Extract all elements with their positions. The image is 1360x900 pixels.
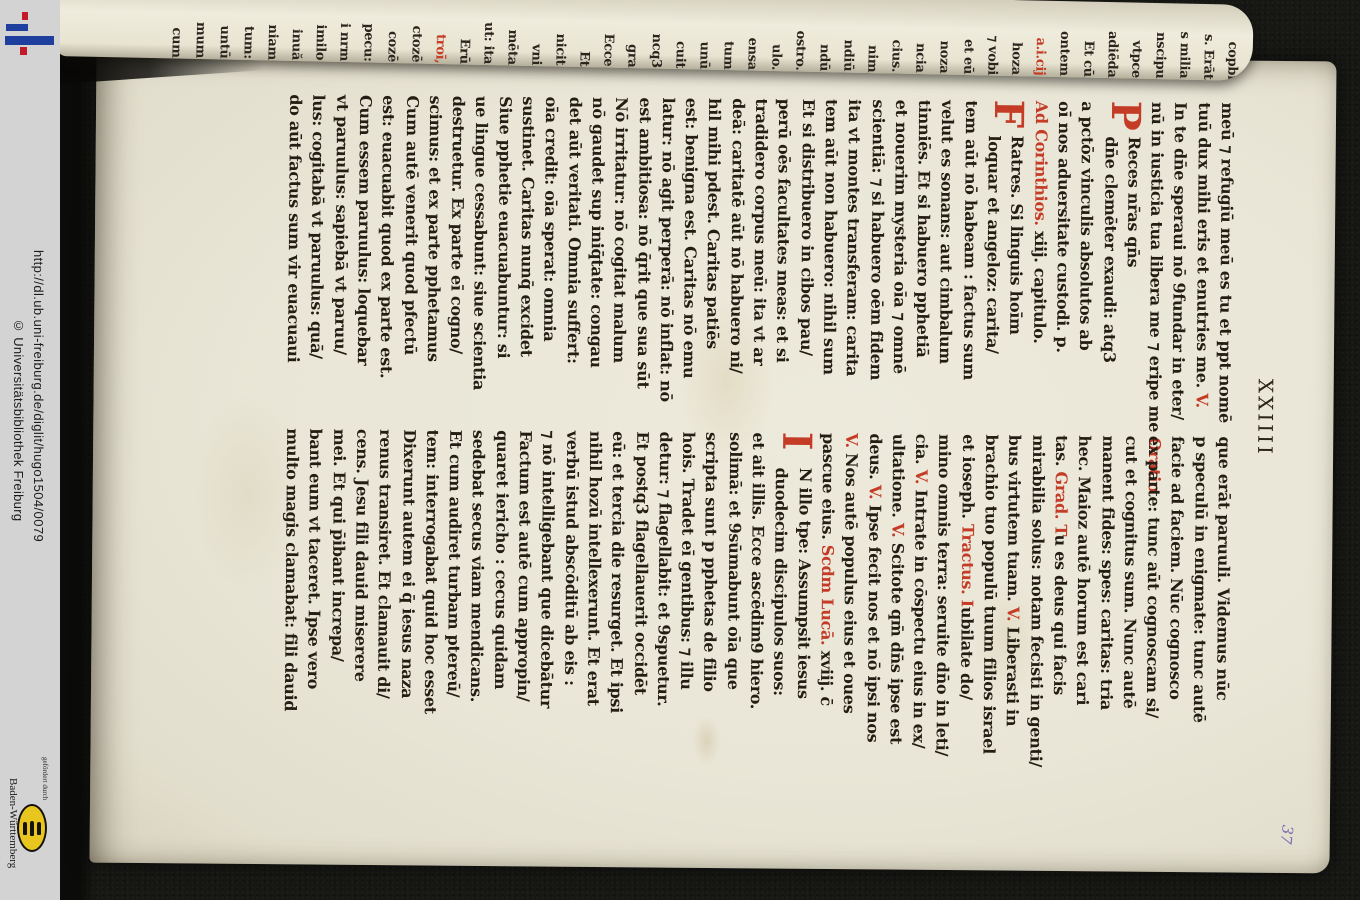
text-line: hois. Tradet eī gentibus: ⁊ illu: [675, 432, 701, 728]
facing-page-text-fragment: ensa: [744, 37, 760, 70]
text-line: a pctōz vinculis absolutos ab: [1073, 101, 1099, 423]
text-line: est: benigna est. Caritas nō emu: [677, 98, 703, 420]
facing-page-text-fragment: s. Erāt: [1200, 33, 1216, 79]
text-line: In te dn̄e speraui nō 9fundar in eter/: [1166, 102, 1192, 424]
text-line: mei. Et qui p̄ibant increpa/: [325, 429, 351, 725]
facing-page-text-fragment: mēta: [504, 29, 520, 65]
facing-page-text-fragment: imilo: [312, 25, 328, 61]
text-line: tinniēs. Et si habuero pphetiā: [910, 100, 936, 422]
library-sidebar: http://dl.ub.uni-freiburg.de/diglit/hugo…: [0, 0, 60, 900]
text-line: ex parte: tunc aūt cognoscam si/: [1140, 436, 1166, 732]
facing-page-text-fragment: a.i.cij: [1032, 38, 1048, 76]
text-line: cut et cognitus sum. Nunc autē: [1117, 436, 1143, 732]
text-line: vt paruulus: sapiebā vt paruu/: [328, 95, 354, 417]
text-line: scientiā: ⁊ si habuero oēm fidem: [864, 99, 890, 421]
facing-page-text-fragment: et eū: [960, 39, 976, 74]
text-line: scimus: et ex parte pphetamus: [421, 95, 447, 417]
facing-page-text-fragment: cius.: [888, 40, 904, 73]
text-line: multo magis clamabat: fili dauid: [279, 428, 305, 724]
text-line: tem aūt nō habeam : factus sum: [957, 100, 983, 422]
facing-page-text-fragment: ut: ita: [480, 22, 496, 64]
text-line: Factum est autē cum appropin/: [511, 430, 537, 726]
text-line: hil mihi pdest. Caritas patiēs: [701, 98, 727, 420]
facing-page-text-fragment: troī,: [432, 33, 448, 63]
facing-page-text-fragment: inuă: [288, 29, 304, 60]
text-line: Et cum audiret turbam ptereū/: [442, 430, 468, 726]
facing-page-text-fragment: cozē: [384, 31, 400, 62]
text-line: p speculū in enigmate: tunc autē: [1187, 436, 1213, 732]
text-line: oī nos aduersitate custodi. p.: [1050, 101, 1076, 423]
text-line: renus transiret. Et clamauit di/: [372, 429, 398, 725]
logo-blue-bar-icon: [6, 24, 28, 31]
logo-red-square-icon: [22, 12, 28, 20]
text-line: Siue pphetie euacuabuntur: si: [491, 96, 517, 418]
facing-page-text-fragment: ndū: [816, 44, 832, 71]
facing-page-text-fragment: unū: [696, 41, 712, 69]
manuscript-page: XXIIII 37 meū ⁊ refugiū meū es tu et ppt…: [89, 51, 1336, 874]
facing-page-text-fragment: adiēda: [1104, 31, 1120, 78]
funding-region-label: Baden-Württemberg: [7, 778, 19, 868]
facing-page-text-fragment: noza: [936, 41, 952, 74]
text-column-right: que erāt paruuli. Videmus nūcp speculū i…: [279, 428, 1237, 732]
text-line: sedebat secus viam mendicans.: [465, 430, 491, 726]
facing-page-text-fragment: mum: [192, 22, 208, 58]
text-line: manent fides: spes: caritas: tria: [1094, 435, 1120, 731]
text-line: cia. V. Intrate in cōspectu eius in ex/: [908, 434, 934, 730]
text-line: nihil hozū intellexerunt. Et erat: [581, 431, 607, 727]
text-line: brachio tuo populū tuum filios israel: [977, 434, 1003, 730]
text-line: scripta sunt p pphetas de filio: [698, 432, 724, 728]
text-line: facie ad faciem. Nūc cognosco: [1164, 436, 1190, 732]
text-line: verbū istud abscōditū ab eis :: [558, 431, 584, 727]
funding-label: gefördert durch: [41, 757, 49, 800]
text-line: tuū dux mihi eris et enutries me. V.: [1190, 102, 1216, 424]
text-line: perū oēs facultates meas: et si: [770, 99, 796, 421]
text-line: FRatres. Si linguis hoīm: [1003, 101, 1029, 423]
facing-page-text-fragment: untū: [216, 25, 232, 58]
facing-page-text-fragment: tum:: [240, 26, 256, 59]
text-line: nō gaudet sup iniq̄tate: congau: [584, 97, 610, 419]
text-line: Cum autē venerit quod pfectū: [398, 95, 424, 417]
text-line: pascue eius. Scdm Lucā. xviij. c̄: [814, 433, 840, 729]
source-url-text: http://dl.ub.uni-freiburg.de/diglit/hugo…: [31, 250, 46, 542]
text-line: Nō irritatur: nō cogitat malum: [607, 97, 633, 419]
text-line: tas. Grad. Tu es deus qui facis: [1047, 435, 1073, 731]
text-line: solimā: et 9sūmabunt oīa que: [721, 432, 747, 728]
text-line: velut es sonans: aut cimbalum: [933, 100, 959, 422]
folio-number: XXIIII: [1253, 379, 1278, 457]
text-line: lus: cogitabā vt paruulus: quā/: [305, 94, 331, 416]
text-line: et nouerim mysteria oīa ⁊ omnē: [887, 100, 913, 422]
text-line: eū: et tercia die resurget. Et ipsi: [605, 431, 631, 727]
text-line: nū in iusticia tua libera me ⁊ eripe me …: [1143, 102, 1169, 424]
facing-page-text-fragment: pecu:: [360, 23, 376, 61]
text-line: meū ⁊ refugiū meū es tu et ppt nomē: [1213, 102, 1239, 424]
text-line: que erāt paruuli. Videmus nūc: [1210, 436, 1236, 732]
text-block: meū ⁊ refugiū meū es tu et ppt nomētuū d…: [279, 94, 1240, 732]
text-line: latur: nō agit perperā: nō inflat: nō: [654, 97, 680, 419]
text-line: tradidero corpus meū: ita vt ar: [747, 98, 773, 420]
text-line: detur: ⁊ flagellabit: et 9spuetur.: [651, 431, 677, 727]
text-line: quaret iericho : cecus quidam: [488, 430, 514, 726]
text-line: ultatione. V. Scitote qm̄ dn̄s ipse est: [884, 434, 910, 730]
facing-page-text-fragment: nicit: [552, 34, 568, 66]
text-line: oīa credit: oīa sperat: omnia: [537, 96, 563, 418]
text-line: mino omnis terra: seruite dn̄o in leti/: [931, 434, 957, 730]
facing-page-text-fragment: ndiū: [840, 40, 856, 72]
text-line: Et si distribuero in cibos pau/: [794, 99, 820, 421]
copyright-text: © Universitätsbibliothek Freiburg: [11, 318, 26, 521]
facing-page-text-fragment: nscipu: [1152, 32, 1168, 79]
facing-page-text-fragment: tum: [720, 41, 736, 70]
facing-page-text-fragment: hoza: [1008, 42, 1024, 75]
text-line: IN illo tpe: Assumpsit iesus: [791, 433, 817, 729]
facing-page-text-fragment: nim: [864, 45, 880, 73]
facing-page-text-fragment: ulo.: [768, 44, 784, 70]
baden-wuerttemberg-coat-of-arms-icon: [17, 804, 47, 852]
logo-blue-bar-icon: [5, 36, 54, 45]
ub-freiburg-logo: [0, 0, 60, 62]
facing-page-text-fragment: ctozē: [408, 26, 424, 63]
text-line: bus virtutem tuam. V. Liberasti in: [1001, 435, 1027, 731]
facing-page-text-fragment: ncia: [912, 43, 928, 73]
facing-page-text-fragment: copbi: [1224, 41, 1240, 80]
facing-page-text-fragment: Et: [576, 51, 591, 67]
text-line: deā: caritatē aūt nō habuero ni/: [724, 98, 750, 420]
text-line: mirabilia solus: notam fecisti in genti/: [1024, 435, 1050, 731]
facing-page-text-fragment: cum: [168, 27, 184, 58]
facing-page-text-fragment: ontem: [1056, 31, 1072, 76]
text-line: Et postq3 flagellauerit occidēt: [628, 431, 654, 727]
text-line: loquar et angeloz: carita/: [980, 100, 1006, 422]
text-line: est ambitiosa: nō q̄rit que sua sūt: [631, 97, 657, 419]
text-line: Dixerunt autem ei q̄ iesus naza: [395, 429, 421, 725]
text-line: PReces nr̄as qn̄s: [1120, 102, 1146, 424]
text-line: ue lingue cessabunt: siue scientia: [468, 96, 494, 418]
facing-page-text-fragment: ncq3: [648, 33, 664, 68]
facing-page-text-fragment: Erū: [456, 38, 472, 64]
page-paper: XXIIII 37 meū ⁊ refugiū meū es tu et ppt…: [89, 51, 1336, 874]
logo-red-square-icon: [20, 47, 27, 55]
facing-page-text-fragment: s milia: [1176, 32, 1192, 79]
text-line: hec. Maioz autē horum est cari: [1071, 435, 1097, 731]
text-line: tem aūt non habuero: nihil sum: [817, 99, 843, 421]
text-line: et ioseph. Tractus. Iubilate do/: [954, 434, 980, 730]
facing-page-text-fragment: vtpce: [1128, 40, 1144, 78]
text-line: sustinet. Caritas nunq̄ excidet: [514, 96, 540, 418]
text-line: Ad Corinthios. xiij. capitulo.: [1027, 101, 1053, 423]
facing-page-text-fragment: cuit: [672, 41, 688, 68]
text-column-left: meū ⁊ refugiū meū es tu et ppt nomētuū d…: [281, 94, 1239, 424]
facing-page-text-fragment: Et cū: [1080, 40, 1096, 77]
text-line: et ait illis. Ecce ascēdim9 hiero.: [744, 432, 770, 728]
facing-page-text-fragment: vni: [528, 44, 543, 65]
text-line: V. Nos autē populus eius et oues: [838, 433, 864, 729]
text-line: cens. Jesu fili dauid miserere: [348, 429, 374, 725]
facing-page-text-fragment: gra: [624, 43, 639, 67]
text-line: ita vt montes transferam: carita: [840, 99, 866, 421]
facing-page-text-fragment: Ecce: [600, 34, 616, 67]
text-line: do aūt factus sum vir euacuaui: [281, 94, 307, 416]
facing-page-text-fragment: ostro.: [792, 30, 808, 70]
text-line: bant eum vt taceret. Ipse vero: [302, 428, 328, 724]
handwritten-foliation: 37: [1277, 824, 1297, 845]
facing-page-text-fragment: niam: [264, 24, 280, 60]
text-line: deus. V. Ipse fecit nos et nō ipsi nos: [861, 433, 887, 729]
text-line: tem: interrogabat quid hoc esset: [418, 429, 444, 725]
text-line: est: euacuabit quod ex parte est.: [374, 95, 400, 417]
text-line: ⁊ nō intelligebant que dicebātur: [535, 430, 561, 726]
text-line: destruetur. Ex parte eī cogno/: [444, 96, 470, 418]
text-line: Cum essem paruulus: loquebar: [351, 95, 377, 417]
facing-page-text-fragment: i nrm: [336, 23, 352, 61]
text-line: duodecim discipulos suos:: [768, 432, 794, 728]
text-line: det aūt veritati. Omnia suffert:: [561, 97, 587, 419]
facing-page-text-fragment: ⁊ vobi: [984, 35, 1000, 75]
text-line: dn̄e clemēter exaudi: atq3: [1097, 101, 1123, 423]
